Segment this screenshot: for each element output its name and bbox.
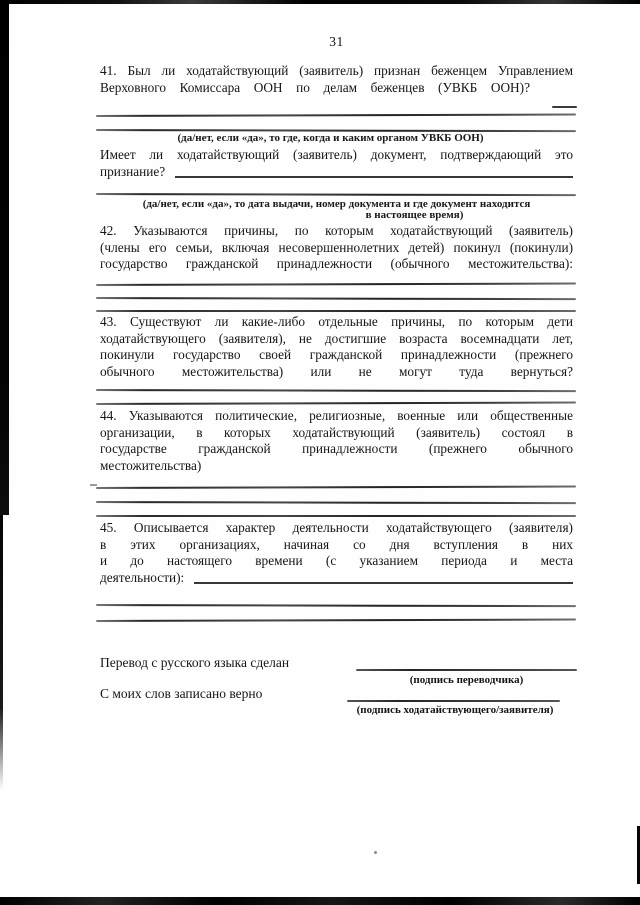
answer-line	[96, 389, 576, 392]
scan-speck	[374, 851, 377, 854]
answer-line	[96, 297, 576, 300]
page-number: 31	[100, 34, 573, 50]
question-42-text: 42. Указываются причины, по которым хода…	[100, 223, 573, 273]
scanned-form-page: 31 41. Был ли ходатайствующий (заявитель…	[0, 0, 640, 905]
applicant-statement-label: С моих слов записано верно	[100, 686, 262, 703]
question-42-line-1: 42. Указываются причины, по которым хода…	[100, 223, 573, 240]
question-44-line-2: организации, в которых ходатайствующий (…	[100, 425, 573, 442]
answer-line	[96, 401, 576, 405]
answer-line	[96, 282, 576, 286]
answer-line	[96, 515, 576, 517]
scan-edge-left-fade	[0, 515, 3, 790]
scan-edge-left	[0, 0, 9, 515]
applicant-signature-line	[347, 700, 560, 702]
answer-line	[96, 618, 576, 622]
question-41-doc-line-2: признание?	[100, 164, 573, 181]
question-41-text: 41. Был ли ходатайствующий (заявитель) п…	[100, 63, 573, 96]
field-hint-q41-doc-line-1: (да/нет, если «да», то дата выдачи, номе…	[100, 199, 573, 211]
question-44-line-4: местожительства)	[100, 458, 573, 475]
field-hint-q41: (да/нет, если «да», то где, когда и каки…	[94, 133, 567, 145]
question-45-line-4: деятельности):	[100, 570, 573, 587]
applicant-signature-caption: (подпись ходатайствующего/заявителя)	[330, 704, 580, 716]
answer-inline-line	[194, 582, 573, 584]
question-43-line-1: 43. Существуют ли какие-либо отдельные п…	[100, 314, 573, 331]
answer-line	[96, 501, 576, 504]
question-43-line-3: покинули государство своей гражданской п…	[100, 347, 573, 364]
question-45-line-3: и до настоящего времени (с указанием пер…	[100, 553, 573, 570]
question-45-word: деятельности):	[100, 570, 184, 587]
question-45-line-2: в этих организациях, начиная со дня всту…	[100, 537, 573, 554]
scan-edge-bottom	[0, 897, 640, 905]
question-44-line-1: 44. Указываются политические, религиозны…	[100, 408, 573, 425]
question-44-line-3: государстве гражданской принадлежности (…	[100, 441, 573, 458]
question-43-text: 43. Существуют ли какие-либо отдельные п…	[100, 314, 573, 380]
question-41-line-1: 41. Был ли ходатайствующий (заявитель) п…	[100, 63, 573, 80]
answer-line	[96, 310, 576, 312]
translator-signature-line	[356, 669, 577, 671]
answer-line	[96, 193, 576, 196]
question-43-line-4: обычного местожительства) или не могут т…	[100, 364, 573, 381]
form-content: 31 41. Был ли ходатайствующий (заявитель…	[100, 0, 573, 905]
question-41-line-2: Верховного Комиссара ООН по делам беженц…	[100, 80, 530, 97]
question-45-text: 45. Описывается характер деятельности хо…	[100, 520, 573, 586]
answer-line	[96, 604, 576, 607]
answer-blank-short	[552, 106, 577, 108]
question-43-line-2: ходатайствующего (заявителя), не достигш…	[100, 331, 573, 348]
scan-edge-top	[0, 0, 640, 4]
question-41-doc-line-1: Имеет ли ходатайствующий (заявитель) док…	[100, 147, 573, 164]
translator-statement-label: Перевод с русского языка сделан	[100, 655, 289, 672]
question-41-doc-text: Имеет ли ходатайствующий (заявитель) док…	[100, 147, 573, 180]
question-42-line-2: (члены его семьи, включая несовершенноле…	[100, 240, 573, 257]
question-45-line-1: 45. Описывается характер деятельности хо…	[100, 520, 573, 537]
question-42-line-3: государство гражданской принадлежности (…	[100, 256, 573, 273]
translator-signature-caption: (подпись переводчика)	[356, 674, 577, 686]
answer-inline-line	[175, 176, 573, 178]
field-hint-q41-doc-line-2: в настоящее время)	[178, 210, 640, 222]
scan-speck	[90, 484, 97, 486]
question-44-text: 44. Указываются политические, религиозны…	[100, 408, 573, 474]
answer-line	[96, 113, 576, 117]
answer-line	[96, 485, 576, 489]
question-41-doc-word: признание?	[100, 164, 165, 181]
